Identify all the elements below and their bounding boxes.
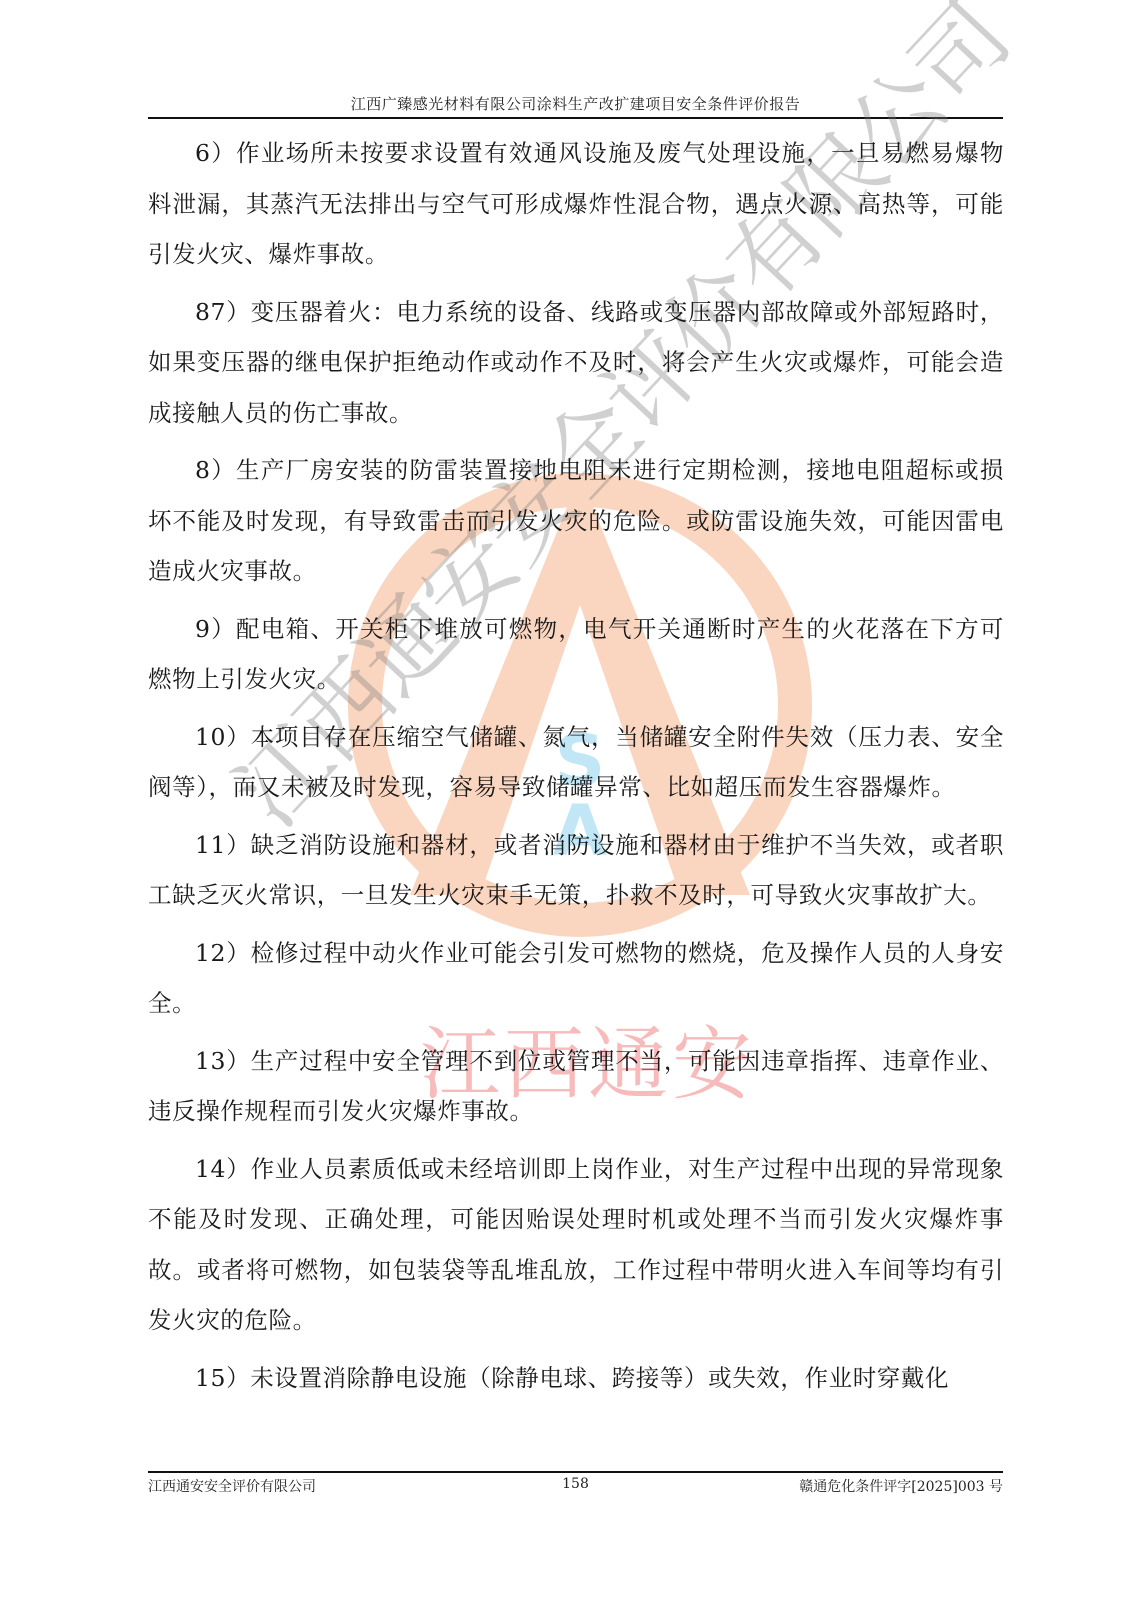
paragraph-item-8: 8）生产厂房安装的防雷装置接地电阻未进行定期检测，接地电阻超标或损坏不能及时发现…	[148, 445, 1004, 597]
paragraph-item-15: 15）未设置消除静电设施（除静电球、跨接等）或失效，作业时穿戴化	[148, 1353, 1004, 1404]
paragraph-item-87: 87）变压器着火：电力系统的设备、线路或变压器内部故障或外部短路时，如果变压器的…	[148, 287, 1004, 439]
paragraph-item-6: 6）作业场所未按要求设置有效通风设施及废气处理设施，一旦易燃易爆物料泄漏，其蒸汽…	[148, 128, 1004, 280]
paragraph-item-13: 13）生产过程中安全管理不到位或管理不当，可能因违章指挥、违章作业、违反操作规程…	[148, 1036, 1004, 1137]
header-divider	[148, 117, 1003, 119]
document-body: 6）作业场所未按要求设置有效通风设施及废气处理设施，一旦易燃易爆物料泄漏，其蒸汽…	[148, 128, 1004, 1410]
running-header-title: 江西广臻感光材料有限公司涂料生产改扩建项目安全条件评价报告	[148, 93, 1003, 114]
paragraph-item-14: 14）作业人员素质低或未经培训即上岗作业，对生产过程中出现的异常现象不能及时发现…	[148, 1144, 1004, 1346]
paragraph-item-9: 9）配电箱、开关柜下堆放可燃物，电气开关通断时产生的火花落在下方可燃物上引发火灾…	[148, 604, 1004, 705]
paragraph-item-11: 11）缺乏消防设施和器材，或者消防设施和器材由于维护不当失效，或者职工缺乏灭火常…	[148, 820, 1004, 921]
footer-divider	[148, 1471, 1003, 1473]
footer-doc-number: 赣通危化条件评字[2025]003 号	[799, 1476, 1003, 1496]
paragraph-item-10: 10）本项目存在压缩空气储罐、氮气，当储罐安全附件失效（压力表、安全阀等），而又…	[148, 712, 1004, 813]
paragraph-item-12: 12）检修过程中动火作业可能会引发可燃物的燃烧，危及操作人员的人身安全。	[148, 928, 1004, 1029]
